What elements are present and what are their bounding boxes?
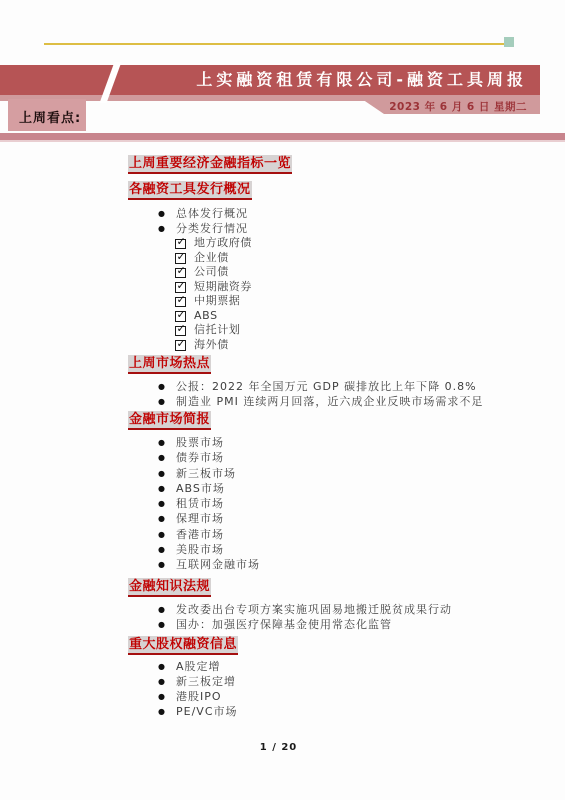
bullet-item: ●新三板市场 (128, 466, 552, 481)
checked-checkbox-icon: ✓ (175, 326, 186, 337)
checkbox-item: ✓公司债 (128, 265, 552, 280)
item-label: 发改委出台专项方案实施巩固易地搬迁脱贫成果行动 (176, 603, 452, 616)
teal-accent-square (504, 37, 514, 47)
section-heading: 重大股权融资信息 (128, 636, 552, 655)
pink-divider-band (0, 133, 565, 140)
check-mark-icon: ✓ (177, 279, 187, 294)
section-heading-label: 各融资工具发行概况 (128, 181, 252, 200)
item-label: 公报：2022 年全国万元 GDP 碳排放比上年下降 0.8% (176, 380, 477, 393)
item-label: 制造业 PMI 连续两月回落，近六成企业反映市场需求不足 (176, 395, 483, 408)
item-label: 地方政府债 (194, 236, 252, 249)
section-heading: 各融资工具发行概况 (128, 181, 552, 200)
bullet-item: ●总体发行概况 (128, 206, 552, 221)
highlights-label: 上周看点: (8, 99, 86, 126)
checkbox-item: ✓ABS (128, 309, 552, 324)
bullet-item: ●债券市场 (128, 450, 552, 465)
bullet-icon: ● (158, 704, 166, 719)
bullet-icon: ● (158, 659, 166, 674)
item-label: ABS (194, 309, 218, 322)
section-heading: 金融知识法规 (128, 578, 552, 597)
title-banner: 上实融资租赁有限公司-融资工具周报 (0, 65, 540, 95)
bullet-icon: ● (158, 450, 166, 465)
bullet-icon: ● (158, 689, 166, 704)
checked-checkbox-icon: ✓ (175, 311, 186, 322)
item-label: 互联网金融市场 (176, 558, 260, 571)
check-mark-icon: ✓ (177, 322, 187, 337)
bullet-icon: ● (158, 481, 166, 496)
check-mark-icon: ✓ (177, 235, 187, 250)
section-item-group: ●发改委出台专项方案实施巩固易地搬迁脱贫成果行动●国办：加强医疗保障基金使用常态… (128, 602, 552, 632)
item-label: 公司债 (194, 265, 229, 278)
item-label: 国办：加强医疗保障基金使用常态化监管 (176, 618, 392, 631)
checked-checkbox-icon: ✓ (175, 253, 186, 264)
item-label: 分类发行情况 (176, 222, 248, 235)
check-mark-icon: ✓ (177, 264, 187, 279)
bullet-item: ●A股定增 (128, 659, 552, 674)
date-banner: 2023 年 6 月 6 日 星期二 (356, 95, 540, 114)
bullet-icon: ● (158, 542, 166, 557)
checkbox-item: ✓短期融资券 (128, 280, 552, 295)
section-heading: 上周重要经济金融指标一览 (128, 155, 552, 174)
checkbox-item: ✓中期票据 (128, 294, 552, 309)
section-heading-label: 重大股权融资信息 (128, 636, 238, 655)
item-label: 信托计划 (194, 323, 240, 336)
bullet-icon: ● (158, 466, 166, 481)
checkbox-item: ✓海外债 (128, 338, 552, 353)
bullet-item: ●新三板定增 (128, 674, 552, 689)
item-label: 香港市场 (176, 528, 224, 541)
section-heading-label: 金融知识法规 (128, 578, 211, 597)
bullet-item: ●发改委出台专项方案实施巩固易地搬迁脱贫成果行动 (128, 602, 552, 617)
bullet-icon: ● (158, 674, 166, 689)
section-heading-label: 金融市场简报 (128, 411, 211, 430)
item-label: PE/VC市场 (176, 705, 238, 718)
item-label: 新三板市场 (176, 467, 236, 480)
bullet-item: ●公报：2022 年全国万元 GDP 碳排放比上年下降 0.8% (128, 379, 552, 394)
report-date: 2023 年 6 月 6 日 星期二 (389, 98, 527, 116)
item-label: 中期票据 (194, 294, 240, 307)
item-label: A股定增 (176, 660, 221, 673)
item-label: 港股IPO (176, 690, 222, 703)
bullet-icon: ● (158, 206, 166, 221)
page-number: 1 / 20 (0, 742, 557, 753)
check-mark-icon: ✓ (177, 293, 187, 308)
item-label: 债券市场 (176, 451, 224, 464)
item-label: 总体发行概况 (176, 207, 248, 220)
item-label: 保理市场 (176, 512, 224, 525)
section-item-group: ●股票市场●债券市场●新三板市场●ABS市场●租赁市场●保理市场●香港市场●美股… (128, 435, 552, 573)
bullet-icon: ● (158, 511, 166, 526)
item-label: 美股市场 (176, 543, 224, 556)
item-label: 租赁市场 (176, 497, 224, 510)
check-mark-icon: ✓ (177, 308, 187, 323)
checkbox-item: ✓信托计划 (128, 323, 552, 338)
bullet-item: ●港股IPO (128, 689, 552, 704)
bullet-icon: ● (158, 527, 166, 542)
gold-divider-line (44, 43, 512, 45)
item-label: 新三板定增 (176, 675, 236, 688)
bullet-item: ●国办：加强医疗保障基金使用常态化监管 (128, 617, 552, 632)
report-cover-page: 上实融资租赁有限公司-融资工具周报 2023 年 6 月 6 日 星期二 上周看… (0, 0, 565, 800)
section-item-group: ●公报：2022 年全国万元 GDP 碳排放比上年下降 0.8%●制造业 PMI… (128, 379, 552, 409)
checked-checkbox-icon: ✓ (175, 239, 186, 250)
bullet-icon: ● (158, 394, 166, 409)
item-label: 短期融资券 (194, 280, 252, 293)
bullet-icon: ● (158, 379, 166, 394)
check-mark-icon: ✓ (177, 250, 187, 265)
bullet-item: ●保理市场 (128, 511, 552, 526)
section-heading: 金融市场简报 (128, 411, 552, 430)
checked-checkbox-icon: ✓ (175, 282, 186, 293)
section-item-group: ●A股定增●新三板定增●港股IPO●PE/VC市场 (128, 659, 552, 719)
item-label: 海外债 (194, 338, 229, 351)
checked-checkbox-icon: ✓ (175, 340, 186, 351)
bullet-item: ●ABS市场 (128, 481, 552, 496)
section-heading: 上周市场热点 (128, 355, 552, 374)
bullet-item: ●制造业 PMI 连续两月回落，近六成企业反映市场需求不足 (128, 394, 552, 409)
bullet-item: ●分类发行情况 (128, 221, 552, 236)
checked-checkbox-icon: ✓ (175, 297, 186, 308)
checked-checkbox-icon: ✓ (175, 268, 186, 279)
bullet-item: ●美股市场 (128, 542, 552, 557)
bullet-item: ●香港市场 (128, 527, 552, 542)
item-label: ABS市场 (176, 482, 225, 495)
bullet-icon: ● (158, 557, 166, 572)
bullet-icon: ● (158, 617, 166, 632)
checkbox-item: ✓地方政府债 (128, 236, 552, 251)
bullet-item: ●股票市场 (128, 435, 552, 450)
section-heading-label: 上周市场热点 (128, 355, 211, 374)
check-mark-icon: ✓ (177, 337, 187, 352)
bullet-icon: ● (158, 602, 166, 617)
section-heading-label: 上周重要经济金融指标一览 (128, 155, 292, 174)
bullet-item: ●互联网金融市场 (128, 557, 552, 572)
item-label: 股票市场 (176, 436, 224, 449)
bullet-item: ●租赁市场 (128, 496, 552, 511)
bullet-icon: ● (158, 435, 166, 450)
report-title: 上实融资租赁有限公司-融资工具周报 (196, 65, 527, 95)
checkbox-item: ✓企业债 (128, 251, 552, 266)
item-label: 企业债 (194, 251, 229, 264)
bullet-icon: ● (158, 221, 166, 236)
toc-content: 上周重要经济金融指标一览各融资工具发行概况●总体发行概况●分类发行情况✓地方政府… (128, 148, 552, 719)
bullet-icon: ● (158, 496, 166, 511)
highlights-label-box: 上周看点: (8, 99, 86, 131)
bullet-item: ●PE/VC市场 (128, 704, 552, 719)
section-item-group: ●总体发行概况●分类发行情况✓地方政府债✓企业债✓公司债✓短期融资券✓中期票据✓… (128, 206, 552, 352)
